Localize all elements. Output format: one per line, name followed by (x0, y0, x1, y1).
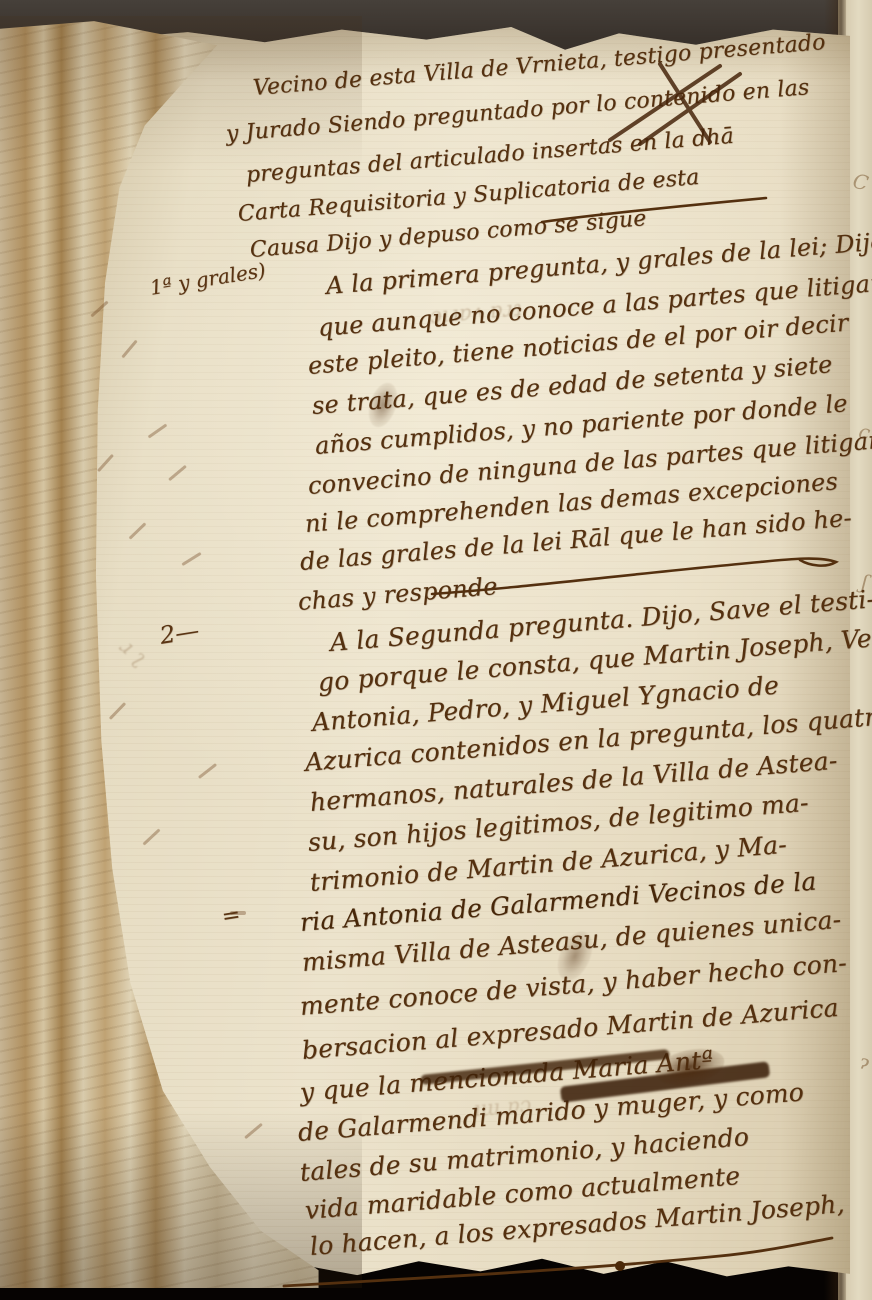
margin-note-equals: = (220, 902, 242, 930)
manuscript-photo: C c ʃ ɂ ɔıɹɐʌ ɐɹʇ ɹ ʅ ɹɯ ɐɔ 1ª y grales)… (0, 0, 872, 1300)
